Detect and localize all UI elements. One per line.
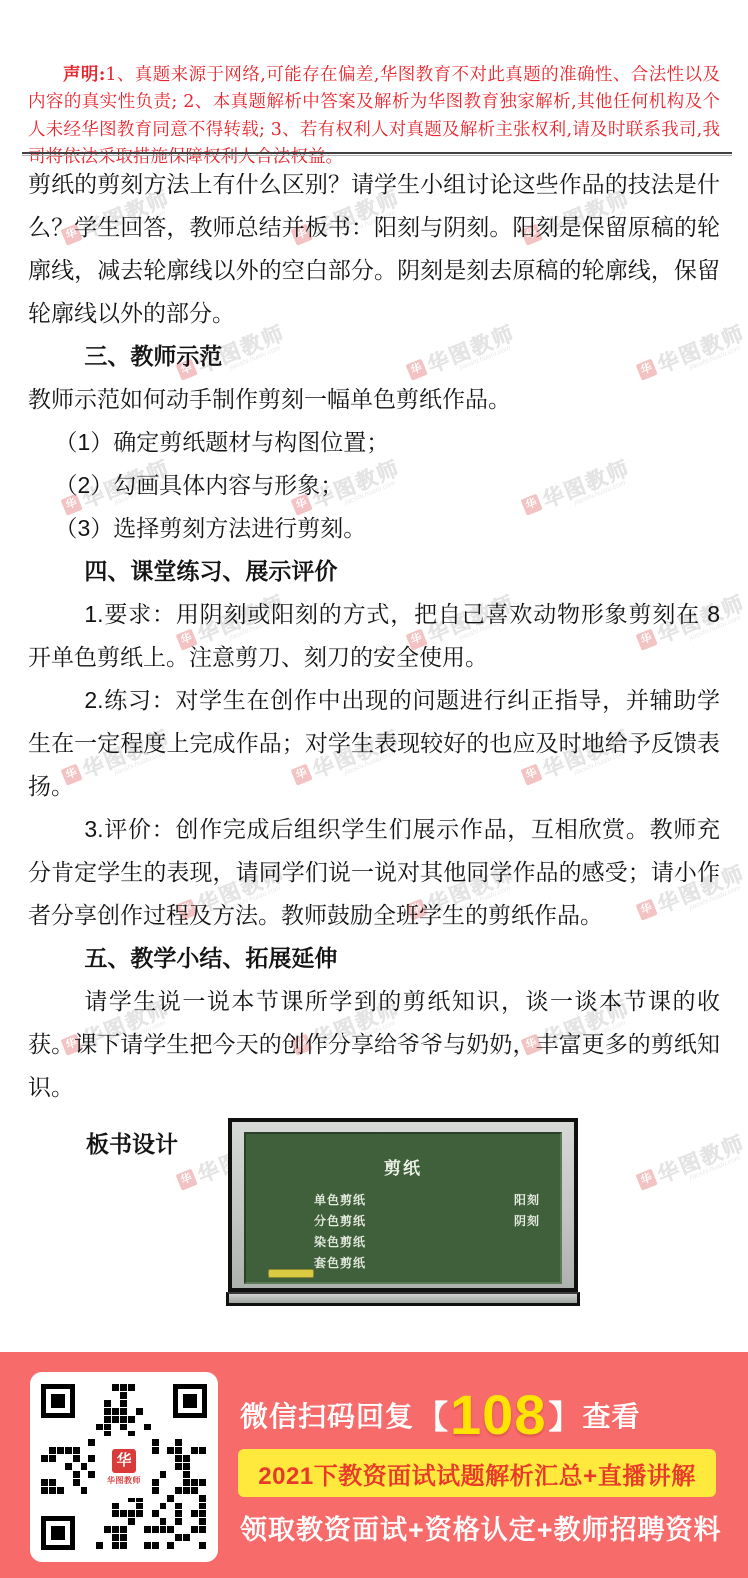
scan-instruction: 微信扫码回复 【 108 】 查看 bbox=[240, 1382, 718, 1448]
paragraph: 请学生说一说本节课所学到的剪纸知识，谈一谈本节课的收获。课下请学生把今天的创作分… bbox=[28, 980, 720, 1109]
paragraph: 剪纸的剪刻方法上有什么区别？请学生小组讨论这些作品的技法是什么？学生回答，教师总… bbox=[28, 163, 720, 335]
qr-code: 华 华图教师 bbox=[30, 1372, 218, 1562]
blackboard-item: 单色剪纸 bbox=[314, 1190, 366, 1211]
bracket-open: 【 bbox=[416, 1392, 448, 1438]
paragraph: （2）勾画具体内容与形象； bbox=[28, 464, 720, 507]
blackboard-tray bbox=[226, 1292, 580, 1306]
qr-finder-square bbox=[41, 1516, 75, 1550]
chalk-icon bbox=[268, 1269, 314, 1278]
blackboard-right-list: 阳刻阴刻 bbox=[514, 1190, 540, 1232]
blackboard-title: 剪纸 bbox=[246, 1134, 560, 1179]
bracket-close: 】 bbox=[548, 1392, 580, 1438]
promo-banner: 2021下教资面试试题解析汇总+直播讲解 bbox=[238, 1449, 716, 1497]
qr-center-logo: 华 华图教师 bbox=[96, 1436, 152, 1498]
paragraph: 1.要求：用阴刻或阳刻的方式，把自己喜欢动物形象剪刻在 8 开单色剪纸上。注意剪… bbox=[28, 593, 720, 679]
section-divider bbox=[22, 152, 732, 156]
document-page: 华华图教师jiaoshi.huatu.com华华图教师jiaoshi.huatu… bbox=[0, 0, 748, 1578]
reply-code: 108 bbox=[450, 1387, 546, 1443]
lesson-content: 剪纸的剪刻方法上有什么区别？请学生小组讨论这些作品的技法是什么？学生回答，教师总… bbox=[28, 163, 720, 1109]
paragraph: （3）选择剪刻方法进行剪刻。 bbox=[28, 507, 720, 550]
blackboard-item: 阳刻 bbox=[514, 1190, 540, 1211]
blackboard-left-list: 单色剪纸分色剪纸染色剪纸套色剪纸 bbox=[314, 1190, 366, 1274]
blackboard-item: 分色剪纸 bbox=[314, 1211, 366, 1232]
qr-finder-square bbox=[41, 1384, 75, 1418]
blackboard-item: 套色剪纸 bbox=[314, 1253, 366, 1274]
section-heading: 三、教师示范 bbox=[28, 335, 720, 378]
watermark: 华华图教师jiaoshi.huatu.com bbox=[632, 1127, 742, 1200]
huatu-logo-icon: 华 bbox=[176, 1169, 198, 1191]
huatu-logo-icon: 华 bbox=[636, 1169, 658, 1191]
blackboard-item: 阴刻 bbox=[514, 1211, 540, 1232]
paragraph: （1）确定剪纸题材与构图位置； bbox=[28, 421, 720, 464]
scan-suffix-text: 查看 bbox=[582, 1395, 640, 1435]
blackboard-surface: 剪纸 单色剪纸分色剪纸染色剪纸套色剪纸 阳刻阴刻 bbox=[244, 1132, 562, 1284]
disclaimer-label: 声明: bbox=[63, 65, 105, 85]
section-heading: 四、课堂练习、展示评价 bbox=[28, 550, 720, 593]
blackboard-figure: 剪纸 单色剪纸分色剪纸染色剪纸套色剪纸 阳刻阴刻 bbox=[228, 1118, 578, 1306]
blackboard-frame: 剪纸 单色剪纸分色剪纸染色剪纸套色剪纸 阳刻阴刻 bbox=[228, 1118, 578, 1292]
paragraph: 3.评价：创作完成后组织学生们展示作品，互相欣赏。教师充分肯定学生的表现，请同学… bbox=[28, 808, 720, 937]
blackboard-item: 染色剪纸 bbox=[314, 1232, 366, 1253]
promo-footer: 华 华图教师 微信扫码回复 【 108 】 查看 2021下教资面试试题解析汇总… bbox=[0, 1352, 748, 1578]
section-heading: 五、教学小结、拓展延伸 bbox=[28, 937, 720, 980]
promo-bottom-text: 领取教资面试+资格认定+教师招聘资料 bbox=[240, 1508, 718, 1547]
scan-prefix-text: 微信扫码回复 bbox=[240, 1395, 414, 1435]
paragraph: 2.练习：对学生在创作中出现的问题进行纠正指导，并辅助学生在一定程度上完成作品；… bbox=[28, 679, 720, 808]
qr-logo-caption: 华图教师 bbox=[107, 1475, 141, 1486]
huatu-logo-icon: 华 bbox=[112, 1449, 136, 1473]
qr-finder-square bbox=[173, 1384, 207, 1418]
paragraph: 教师示范如何动手制作剪刻一幅单色剪纸作品。 bbox=[28, 378, 720, 421]
board-design-heading: 板书设计 bbox=[86, 1126, 178, 1159]
